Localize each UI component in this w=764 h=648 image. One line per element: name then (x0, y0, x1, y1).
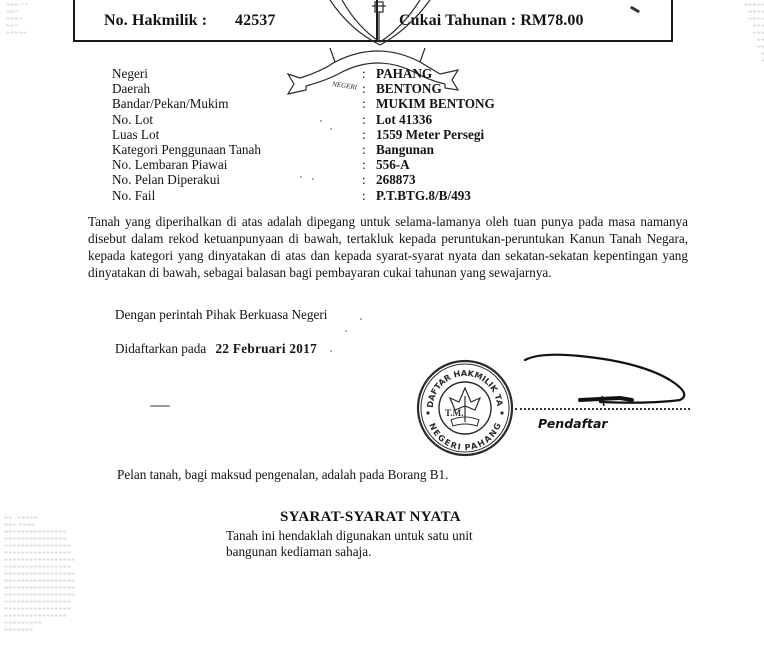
detail-value: 556-A (376, 157, 410, 172)
detail-row-district: Daerah : BENTONG (112, 81, 495, 96)
official-seal-icon: PENDAFTAR HAKMILIK TANAH NEGERI PAHANG T… (415, 358, 515, 458)
signature-line (515, 408, 690, 410)
speck (300, 176, 302, 178)
land-details: Negeri : PAHANG Daerah : BENTONG Bandar/… (112, 66, 495, 203)
title-number-value: 42537 (235, 12, 276, 30)
tenure-paragraph: Tanah yang diperihalkan di atas adalah d… (88, 213, 688, 281)
detail-label: No. Lembaran Piawai (112, 157, 362, 172)
detail-label: No. Fail (112, 188, 362, 203)
speck (345, 330, 347, 332)
speck (360, 318, 362, 320)
bleed-through-marks: ≈≈≈ ~~≈≈~≈≈≈≈≈≈~≈≈≈≈≈ (6, 2, 46, 37)
detail-label: No. Pelan Diperakui (112, 172, 362, 187)
speck (330, 128, 332, 130)
signatory-title: Pendaftar (538, 416, 608, 431)
detail-label: Daerah (112, 81, 362, 96)
detail-label: Bandar/Pekan/Mukim (112, 96, 362, 111)
detail-value: PAHANG (376, 66, 432, 81)
detail-value: 268873 (376, 172, 416, 187)
bleed-through-marks: ≈≈ ≈≈≈≈≈≈≈≈ ≈≈≈≈≈≈≈≈≈≈≈≈≈≈≈≈≈≈≈≈≈≈≈≈≈≈≈≈… (4, 515, 114, 634)
registrar-signature (520, 350, 700, 410)
detail-value: Lot 41336 (376, 112, 432, 127)
detail-row-sheet: No. Lembaran Piawai : 556-A (112, 157, 495, 172)
detail-row-file: No. Fail : P.T.BTG.8/B/493 (112, 188, 495, 203)
detail-label: Luas Lot (112, 127, 362, 142)
speck (320, 120, 322, 122)
detail-value: P.T.BTG.8/B/493 (376, 188, 471, 203)
registration-line: Didaftarkan pada 22 Februari 2017 (115, 341, 317, 357)
title-number-label: No. Hakmilik : (104, 12, 207, 30)
detail-row-mukim: Bandar/Pekan/Mukim : MUKIM BENTONG (112, 96, 495, 111)
registration-date: 22 Februari 2017 (215, 341, 317, 356)
conditions-text: Tanah ini hendaklah digunakan untuk satu… (226, 528, 526, 560)
detail-label: No. Lot (112, 112, 362, 127)
svg-text:T.M.: T.M. (445, 408, 463, 418)
detail-value: Bangunan (376, 142, 434, 157)
authority-line: Dengan perintah Pihak Berkuasa Negeri (115, 307, 327, 323)
registration-label: Didaftarkan pada (115, 341, 206, 356)
detail-row-category: Kategori Penggunaan Tanah : Bangunan (112, 142, 495, 157)
speck (150, 405, 170, 407)
plan-note: Pelan tanah, bagi maksud pengenalan, ada… (117, 467, 448, 483)
detail-label: Kategori Penggunaan Tanah (112, 142, 362, 157)
detail-row-lot: No. Lot : Lot 41336 (112, 112, 495, 127)
conditions-title: SYARAT-SYARAT NYATA (280, 509, 461, 526)
speck (312, 178, 314, 180)
detail-row-area: Luas Lot : 1559 Meter Persegi (112, 127, 495, 142)
detail-row-state: Negeri : PAHANG (112, 66, 495, 81)
speck (330, 350, 332, 352)
detail-label: Negeri (112, 66, 362, 81)
detail-value: MUKIM BENTONG (376, 96, 495, 111)
detail-value: BENTONG (376, 81, 442, 96)
detail-row-plan: No. Pelan Diperakui : 268873 (112, 172, 495, 187)
detail-value: 1559 Meter Persegi (376, 127, 484, 142)
bleed-through-marks: ≈≈≈≈≈≈≈≈≈≈≈≈≈≈≈≈≈≈≈≈≈≈≈≈≈ (725, 2, 764, 65)
